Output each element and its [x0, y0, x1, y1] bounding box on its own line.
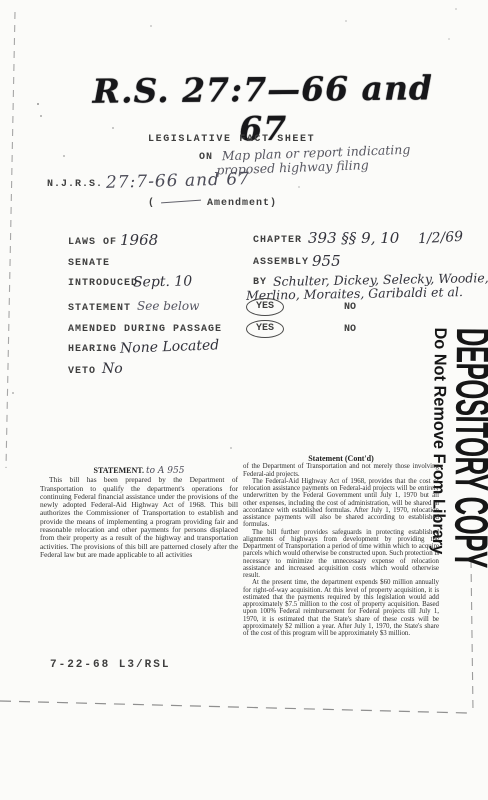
statement-value: See below	[137, 299, 199, 313]
footer-date-code: 7-22-68 L3/RSL	[50, 659, 170, 671]
laws-of-label: LAWS OF	[68, 237, 117, 248]
assembly-value: 955	[312, 252, 341, 270]
document-type-heading: LEGISLATIVE FACT SHEET	[148, 134, 315, 145]
laws-of-value: 1968	[120, 231, 158, 249]
veto-label: VETO	[68, 366, 96, 377]
veto-value: No	[102, 361, 123, 377]
njrs-label: N.J.R.S.	[47, 179, 103, 190]
introduced-value: Sept. 10	[133, 273, 192, 290]
assembly-label: ASSEMBLY	[253, 257, 309, 268]
amendment-label: Amendment)	[207, 198, 277, 209]
amendment-open-paren: (	[148, 198, 155, 209]
introduced-label: INTRODUCED	[68, 278, 138, 289]
amended-during-passage-label: AMENDED DURING PASSAGE	[68, 324, 222, 335]
yes-circle: YES	[246, 320, 284, 338]
senate-label: SENATE	[68, 258, 110, 269]
on-label: ON	[199, 152, 213, 163]
statement-heading: STATEMENT. to A 955	[40, 467, 238, 475]
yes-circle: YES	[246, 298, 284, 316]
amendment-note: (Amendment)	[148, 198, 277, 209]
chapter-value: 393 §§ 9, 10	[308, 229, 399, 247]
by-label: BY	[253, 277, 267, 288]
chapter-label: CHAPTER	[253, 235, 302, 246]
njrs-handwritten-value: 27:7-66 and 67	[106, 169, 250, 193]
scan-specks	[0, 0, 2, 2]
chapter-date-value: 1/2/69	[418, 229, 464, 247]
scanned-fact-sheet-page: R.S. 27:7—66 and 67 LEGISLATIVE FACT SHE…	[0, 0, 488, 800]
statement-label: STATEMENT	[68, 303, 131, 314]
amendment-blank-line	[161, 199, 201, 204]
statement-no-option: NO	[344, 302, 356, 313]
statement-contd-paragraph: The bill further provides safeguards in …	[243, 529, 439, 580]
depository-copy-stamp-text: DEPOSITORY COPY	[450, 328, 488, 568]
statement-contd-paragraph: At the present time, the department expe…	[243, 579, 439, 637]
amended-no-option: NO	[344, 324, 356, 335]
statement-contd-paragraph: of the Department of Transportation and …	[243, 463, 439, 478]
amended-yes-circled: YES	[246, 320, 284, 338]
statement-paragraph: This bill has been prepared by the Depar…	[40, 476, 238, 559]
statement-contd-heading: Statement (Cont'd)	[243, 455, 439, 462]
statement-column-right: Statement (Cont'd) of the Department of …	[243, 455, 439, 637]
statement-contd-paragraph: The Federal-Aid Highway Act of 1968, pro…	[243, 478, 439, 529]
statement-yes-circled: YES	[246, 298, 284, 316]
statement-column-left: STATEMENT. to A 955 This bill has been p…	[40, 467, 238, 559]
hearing-label: HEARING	[68, 344, 117, 355]
statement-heading-text: STATEMENT.	[94, 466, 144, 475]
